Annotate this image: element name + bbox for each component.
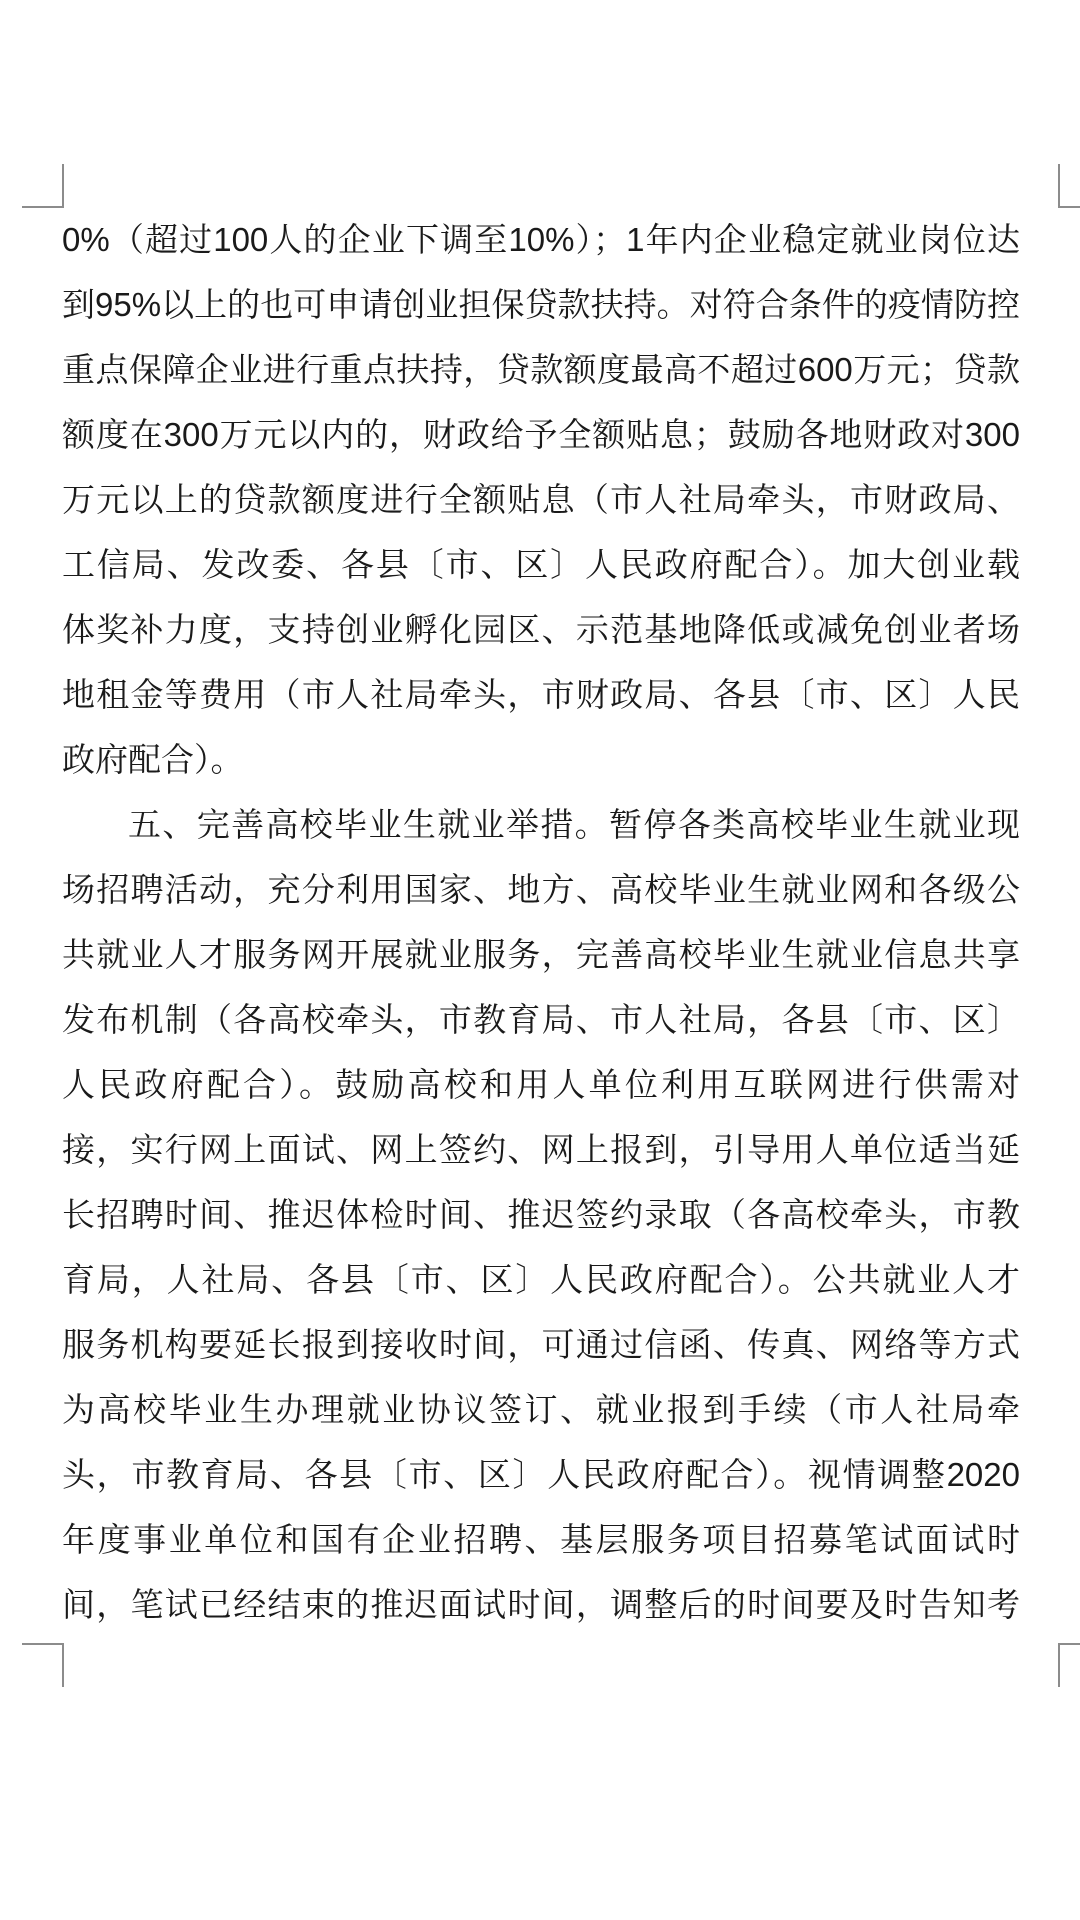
text-line: 万元以上的贷款额度进行全额贴息（市人社局牵头，市财政局、 [62, 467, 1020, 532]
text-line: 服务机构要延长报到接收时间，可通过信函、传真、网络等方式 [62, 1312, 1020, 1377]
text-line: 重点保障企业进行重点扶持，贷款额度最高不超过600万元；贷款 [62, 337, 1020, 402]
text-line: 共就业人才服务网开展就业服务，完善高校毕业生就业信息共享 [62, 922, 1020, 987]
text-line: 地租金等费用（市人社局牵头，市财政局、各县〔市、区〕人民 [62, 662, 1020, 727]
text-line: 额度在300万元以内的，财政给予全额贴息；鼓励各地财政对300 [62, 402, 1020, 467]
text-line: 工信局、发改委、各县〔市、区〕人民政府配合）。加大创业载 [62, 532, 1020, 597]
text-line: 头，市教育局、各县〔市、区〕人民政府配合）。视情调整2020 [62, 1442, 1020, 1507]
text-line: 人民政府配合）。鼓励高校和用人单位利用互联网进行供需对 [62, 1052, 1020, 1117]
document-text: 0%（超过100人的企业下调至10%）；1年内企业稳定就业岗位达 到95%以上的… [62, 207, 1020, 1637]
text-line-paragraph-end: 政府配合）。 [62, 727, 1020, 792]
text-line-paragraph-start: 五、完善高校毕业生就业举措。暂停各类高校毕业生就业现 [62, 792, 1020, 857]
crop-mark-top-right-icon [1058, 164, 1080, 208]
text-line: 到95%以上的也可申请创业担保贷款扶持。对符合条件的疫情防控 [62, 272, 1020, 337]
crop-mark-top-left-icon [22, 164, 64, 208]
text-line: 接，实行网上面试、网上签约、网上报到，引导用人单位适当延 [62, 1117, 1020, 1182]
text-line: 育局，人社局、各县〔市、区〕人民政府配合）。公共就业人才 [62, 1247, 1020, 1312]
text-line: 场招聘活动，充分利用国家、地方、高校毕业生就业网和各级公 [62, 857, 1020, 922]
text-line: 年度事业单位和国有企业招聘、基层服务项目招募笔试面试时 [62, 1507, 1020, 1572]
crop-mark-bottom-left-icon [22, 1643, 64, 1687]
crop-mark-bottom-right-icon [1058, 1643, 1080, 1687]
text-line: 长招聘时间、推迟体检时间、推迟签约录取（各高校牵头，市教 [62, 1182, 1020, 1247]
text-line: 发布机制（各高校牵头，市教育局、市人社局，各县〔市、区〕 [62, 987, 1020, 1052]
text-line: 为高校毕业生办理就业协议签订、就业报到手续（市人社局牵 [62, 1377, 1020, 1442]
document-page[interactable]: 0%（超过100人的企业下调至10%）；1年内企业稳定就业岗位达 到95%以上的… [0, 0, 1080, 1920]
text-line: 间，笔试已经结束的推迟面试时间，调整后的时间要及时告知考 [62, 1572, 1020, 1637]
text-line: 体奖补力度，支持创业孵化园区、示范基地降低或减免创业者场 [62, 597, 1020, 662]
text-line: 0%（超过100人的企业下调至10%）；1年内企业稳定就业岗位达 [62, 207, 1020, 272]
